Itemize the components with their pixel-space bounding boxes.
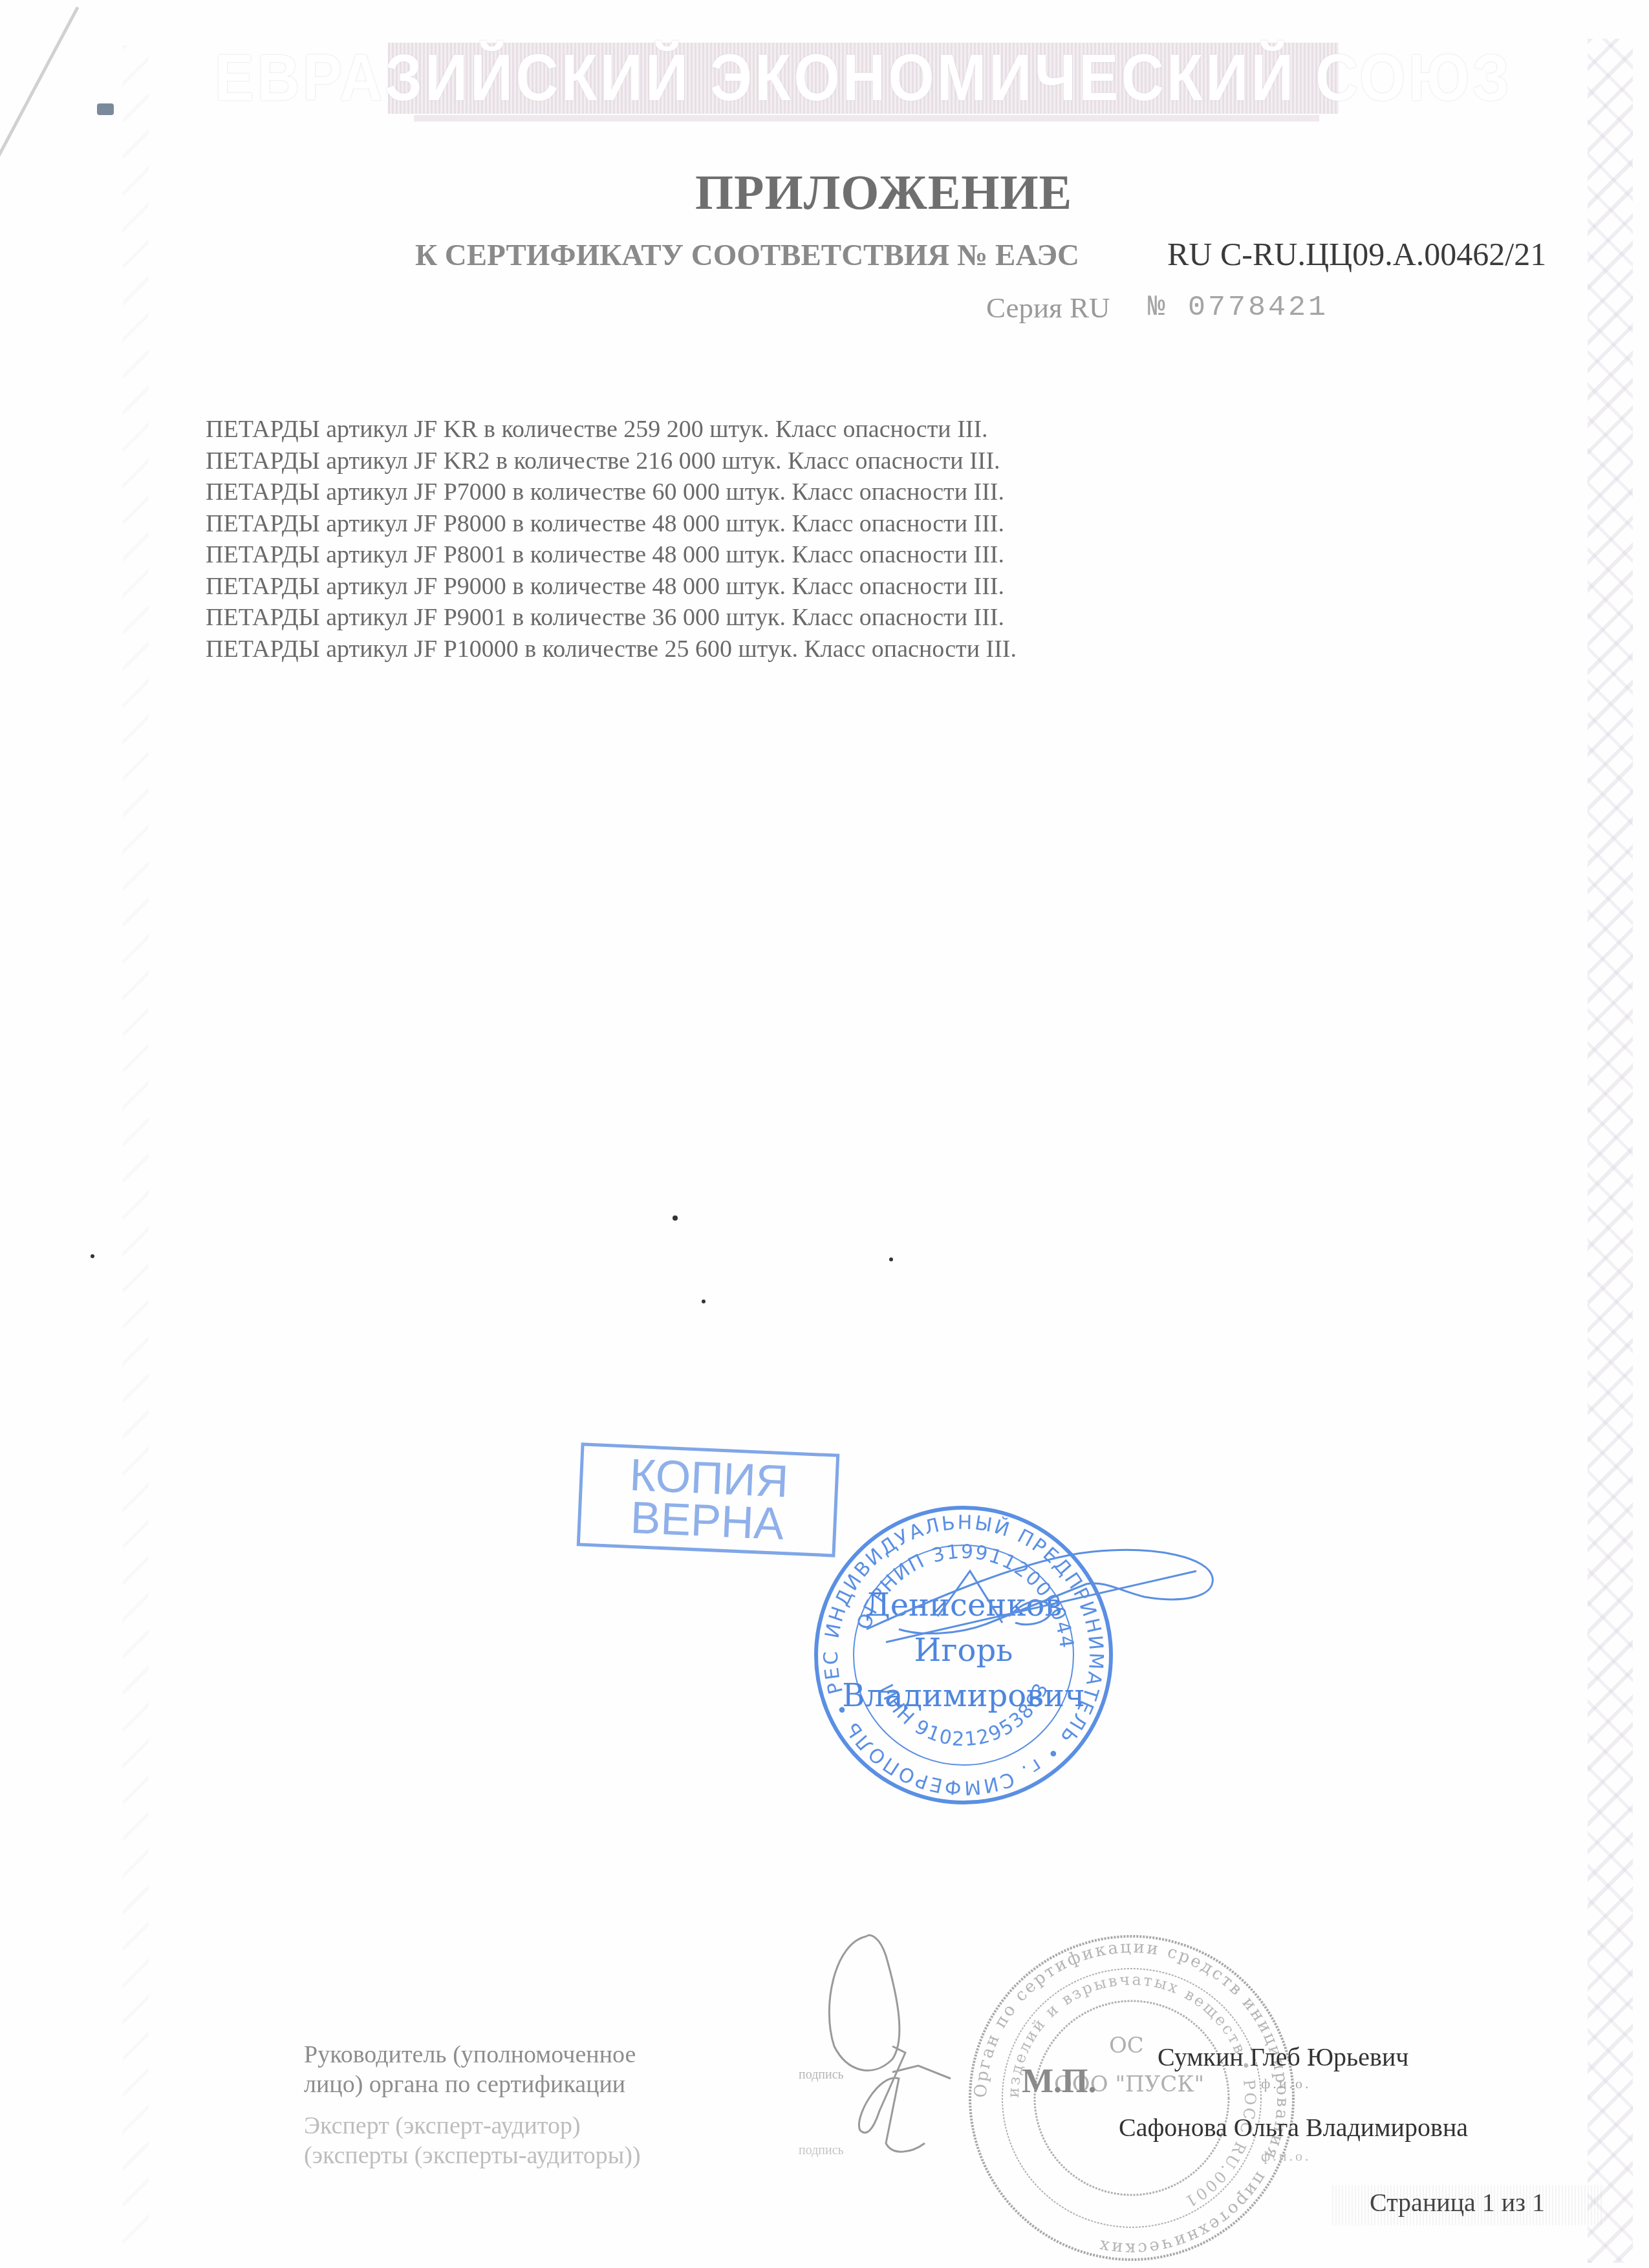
header-banner: ЕВРАЗИЙСКИЙ ЭКОНОМИЧЕСКИЙ СОЮЗ — [388, 43, 1339, 114]
staple-icon — [97, 103, 114, 115]
list-item: ПЕТАРДЫ артикул JF KR в количестве 259 2… — [206, 414, 1017, 445]
page-title: ПРИЛОЖЕНИЕ — [695, 165, 1072, 221]
scan-speck — [702, 1300, 706, 1303]
role-head-label: Руководитель (уполномоченное лицо) орган… — [304, 2040, 636, 2099]
page-subtitle: К СЕРТИФИКАТУ СООТВЕТСТВИЯ № ЕАЭС — [415, 238, 1079, 273]
series-number: № 0778421 — [1148, 291, 1328, 324]
product-list: ПЕТАРДЫ артикул JF KR в количестве 259 2… — [206, 414, 1017, 665]
svg-text:ОС: ОС — [1109, 2033, 1144, 2059]
role-expert-line2: (эксперты (эксперты-аудиторы)) — [304, 2141, 641, 2170]
certification-body-seal-icon: Орган по сертификации средств инициирова… — [964, 1930, 1300, 2266]
banner-underline — [414, 115, 1319, 122]
scan-border-pattern-left — [123, 45, 149, 2243]
certificate-number: RU C-RU.ЦЦ09.А.00462/21 — [1167, 235, 1546, 273]
fio-caption-2: ф.и.о. — [1261, 2148, 1311, 2165]
scan-speck — [889, 1257, 893, 1261]
list-item: ПЕТАРДЫ артикул JF P8000 в количестве 48… — [206, 508, 1017, 540]
scan-speck — [673, 1215, 678, 1221]
role-expert-label: Эксперт (эксперт-аудитор) (эксперты (экс… — [304, 2111, 641, 2170]
signature-blue-icon — [860, 1532, 1222, 1662]
stamp-place-label: М.П. — [1022, 2062, 1097, 2101]
scan-edge-artifact — [0, 6, 79, 156]
list-item: ПЕТАРДЫ артикул JF P8001 в количестве 48… — [206, 539, 1017, 571]
banner-text: ЕВРАЗИЙСКИЙ ЭКОНОМИЧЕСКИЙ СОЮЗ — [215, 41, 1512, 116]
role-expert-line1: Эксперт (эксперт-аудитор) — [304, 2111, 641, 2141]
list-item: ПЕТАРДЫ артикул JF P10000 в количестве 2… — [206, 634, 1017, 665]
signature-grey-icon — [795, 1930, 964, 2176]
list-item: ПЕТАРДЫ артикул JF P7000 в количестве 60… — [206, 476, 1017, 508]
scan-border-pattern-right — [1588, 39, 1633, 2263]
role-head-line2: лицо) органа по сертификации — [304, 2070, 636, 2099]
series-label: Серия RU — [986, 291, 1110, 325]
list-item: ПЕТАРДЫ артикул JF P9000 в количестве 48… — [206, 571, 1017, 603]
head-name: Сумкин Глеб Юрьевич — [1158, 2042, 1408, 2072]
list-item: ПЕТАРДЫ артикул JF KR2 в количестве 216 … — [206, 445, 1017, 477]
certificate-appendix-page: ЕВРАЗИЙСКИЙ ЭКОНОМИЧЕСКИЙ СОЮЗ ПРИЛОЖЕНИ… — [0, 0, 1649, 2268]
copy-verified-stamp: КОПИЯ ВЕРНА — [577, 1442, 840, 1557]
role-head-line1: Руководитель (уполномоченное — [304, 2040, 636, 2070]
seal-patronymic: Владимирович — [812, 1678, 1115, 1714]
expert-name: Сафонова Ольга Владимировна — [1119, 2112, 1468, 2143]
scan-speck — [91, 1254, 94, 1258]
page-number: Страница 1 из 1 — [1370, 2187, 1545, 2218]
fio-caption: ф.и.о. — [1261, 2075, 1311, 2092]
list-item: ПЕТАРДЫ артикул JF P9001 в количестве 36… — [206, 602, 1017, 634]
